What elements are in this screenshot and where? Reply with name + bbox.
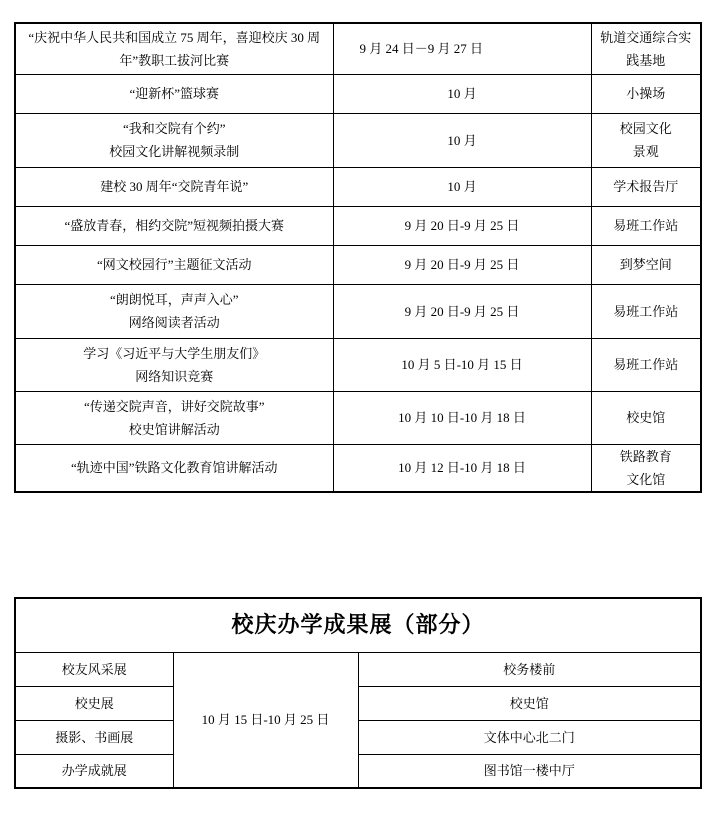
date-cell: 10 月 — [333, 113, 591, 167]
activity-schedule-table: “庆祝中华人民共和国成立 75 周年，喜迎校庆 30 周 年”教职工拔河比赛 9… — [14, 22, 702, 493]
venue-cell: 小操场 — [591, 74, 701, 113]
table-row: 校史展 校史馆 — [15, 686, 701, 720]
exhibit-name-cell: 摄影、书画展 — [15, 720, 173, 754]
date-cell: 9 月 20 日-9 月 25 日 — [333, 206, 591, 245]
exhibit-place-cell: 图书馆一楼中厅 — [358, 754, 701, 788]
table-row: 摄影、书画展 文体中心北二门 — [15, 720, 701, 754]
activity-cell: “传递交院声音，讲好交院故事” 校史馆讲解活动 — [15, 391, 333, 444]
table-row: 校友风采展 10 月 15 日-10 月 25 日 校务楼前 — [15, 652, 701, 686]
venue-cell: 到梦空间 — [591, 245, 701, 284]
exhibit-name-cell: 校史展 — [15, 686, 173, 720]
activity-cell: 学习《习近平与大学生朋友们》 网络知识竞赛 — [15, 338, 333, 391]
activity-cell: 建校 30 周年“交院青年说” — [15, 167, 333, 206]
venue-cell: 轨道交通综合实 践基地 — [591, 23, 701, 74]
table-row: “传递交院声音，讲好交院故事” 校史馆讲解活动 10 月 10 日-10 月 1… — [15, 391, 701, 444]
activity-cell: “庆祝中华人民共和国成立 75 周年，喜迎校庆 30 周 年”教职工拔河比赛 — [15, 23, 333, 74]
activity-cell: “盛放青春，相约交院”短视频拍摄大赛 — [15, 206, 333, 245]
exhibition-table-title: 校庆办学成果展（部分） — [15, 598, 701, 652]
date-cell: 9 月 20 日-9 月 25 日 — [333, 284, 591, 338]
table-row: “庆祝中华人民共和国成立 75 周年，喜迎校庆 30 周 年”教职工拔河比赛 9… — [15, 23, 701, 74]
table-row: “我和交院有个约” 校园文化讲解视频录制 10 月 校园文化 景观 — [15, 113, 701, 167]
venue-cell: 校史馆 — [591, 391, 701, 444]
table-row: “朗朗悦耳，声声入心” 网络阅读者活动 9 月 20 日-9 月 25 日 易班… — [15, 284, 701, 338]
table-row: 建校 30 周年“交院青年说” 10 月 学术报告厅 — [15, 167, 701, 206]
date-cell: 10 月 — [333, 167, 591, 206]
venue-cell: 易班工作站 — [591, 284, 701, 338]
table-row: “盛放青春，相约交院”短视频拍摄大赛 9 月 20 日-9 月 25 日 易班工… — [15, 206, 701, 245]
date-cell: 10 月 10 日-10 月 18 日 — [333, 391, 591, 444]
exhibition-date-cell: 10 月 15 日-10 月 25 日 — [173, 652, 358, 788]
activity-cell: “轨迹中国”铁路文化教育馆讲解活动 — [15, 444, 333, 492]
document-page: “庆祝中华人民共和国成立 75 周年，喜迎校庆 30 周 年”教职工拔河比赛 9… — [0, 0, 711, 822]
date-cell: 9 月 24 日－9 月 27 日 — [333, 23, 591, 74]
table-row: “轨迹中国”铁路文化教育馆讲解活动 10 月 12 日-10 月 18 日 铁路… — [15, 444, 701, 492]
date-cell: 10 月 — [333, 74, 591, 113]
activity-cell: “我和交院有个约” 校园文化讲解视频录制 — [15, 113, 333, 167]
exhibit-name-cell: 办学成就展 — [15, 754, 173, 788]
exhibition-table: 校庆办学成果展（部分） 校友风采展 10 月 15 日-10 月 25 日 校务… — [14, 597, 702, 789]
venue-cell: 校园文化 景观 — [591, 113, 701, 167]
date-cell: 10 月 5 日-10 月 15 日 — [333, 338, 591, 391]
table-title-row: 校庆办学成果展（部分） — [15, 598, 701, 652]
date-cell: 10 月 12 日-10 月 18 日 — [333, 444, 591, 492]
exhibit-name-cell: 校友风采展 — [15, 652, 173, 686]
date-cell: 9 月 20 日-9 月 25 日 — [333, 245, 591, 284]
exhibit-place-cell: 校务楼前 — [358, 652, 701, 686]
venue-cell: 学术报告厅 — [591, 167, 701, 206]
table-row: “迎新杯”篮球赛 10 月 小操场 — [15, 74, 701, 113]
activity-cell: “网文校园行”主题征文活动 — [15, 245, 333, 284]
exhibit-place-cell: 文体中心北二门 — [358, 720, 701, 754]
venue-cell: 铁路教育 文化馆 — [591, 444, 701, 492]
activity-cell: “迎新杯”篮球赛 — [15, 74, 333, 113]
table-row: “网文校园行”主题征文活动 9 月 20 日-9 月 25 日 到梦空间 — [15, 245, 701, 284]
venue-cell: 易班工作站 — [591, 338, 701, 391]
venue-cell: 易班工作站 — [591, 206, 701, 245]
activity-cell: “朗朗悦耳，声声入心” 网络阅读者活动 — [15, 284, 333, 338]
exhibit-place-cell: 校史馆 — [358, 686, 701, 720]
table-row: 学习《习近平与大学生朋友们》 网络知识竞赛 10 月 5 日-10 月 15 日… — [15, 338, 701, 391]
table-row: 办学成就展 图书馆一楼中厅 — [15, 754, 701, 788]
